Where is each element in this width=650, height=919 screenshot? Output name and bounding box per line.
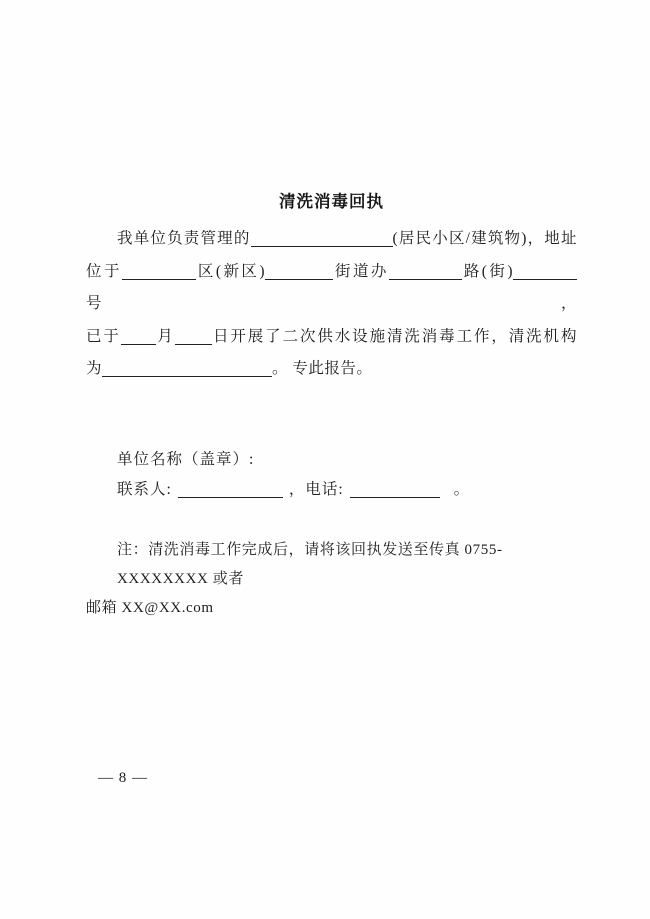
note-text-2: 邮箱 XX@XX.com xyxy=(86,600,214,616)
comma-separator: ， xyxy=(289,481,306,498)
text-run: 路(街) xyxy=(462,263,513,280)
text-run: 已于 xyxy=(86,328,121,345)
unit-name-label: 单位名称（盖章）: xyxy=(117,451,254,468)
fill-in-blank-contact-name xyxy=(178,492,283,498)
unit-name-line: 单位名称（盖章）: xyxy=(86,445,577,475)
paragraph-line-3: 已于月日开展了二次供水设施清洗消毒工作，清洗机构 xyxy=(86,321,577,354)
fill-in-blank-road xyxy=(389,274,462,280)
paragraph-line-1: 我单位负责管理的(居民小区/建筑物)，地址 xyxy=(86,223,577,256)
note-section: 注：清洗消毒工作完成后，请将该回执发送至传真 0755-XXXXXXXX 或者 … xyxy=(86,536,586,623)
text-run: 月 xyxy=(156,328,175,345)
fill-in-blank-district xyxy=(122,274,196,280)
text-run: 号， xyxy=(86,295,577,312)
fill-in-blank-day xyxy=(175,339,212,345)
note-line-2: 邮箱 XX@XX.com xyxy=(86,594,586,623)
fill-in-blank-cleaning-agency xyxy=(102,371,272,377)
body-paragraph: 我单位负责管理的(居民小区/建筑物)，地址 位于区(新区)街道办路(街)号， 已… xyxy=(86,223,577,386)
contact-line: 联系人:，电话:。 xyxy=(86,475,577,505)
page-title: 清洗消毒回执 xyxy=(86,188,577,212)
note-line-1: 注：清洗消毒工作完成后，请将该回执发送至传真 0755-XXXXXXXX 或者 xyxy=(86,536,586,594)
paragraph-line-4: 为。 专此报告。 xyxy=(86,353,577,386)
text-run: 为 xyxy=(86,360,102,377)
text-run: (居民小区/建筑物)，地址 xyxy=(393,230,577,247)
text-run: 区(新区) xyxy=(196,263,265,280)
text-run: 日开展了二次供水设施清洗消毒工作，清洗机构 xyxy=(212,328,577,345)
fill-in-blank-month xyxy=(121,339,156,345)
fill-in-blank-subdistrict xyxy=(265,274,333,280)
fill-in-blank-number xyxy=(513,274,577,280)
text-run: 。 专此报告。 xyxy=(272,360,372,377)
signature-section: 单位名称（盖章）: 联系人:，电话:。 xyxy=(86,445,577,504)
text-run: 我单位负责管理的 xyxy=(117,230,251,247)
document-page: 清洗消毒回执 我单位负责管理的(居民小区/建筑物)，地址 位于区(新区)街道办路… xyxy=(0,0,650,919)
period-mark: 。 xyxy=(454,481,471,498)
fill-in-blank-managed-property xyxy=(251,241,393,247)
fill-in-blank-phone xyxy=(350,492,440,498)
page-number: — 8 — xyxy=(98,770,148,787)
paragraph-line-2: 位于区(新区)街道办路(街)号， xyxy=(86,256,577,321)
contact-label: 联系人: xyxy=(117,481,172,498)
text-run: 位于 xyxy=(86,263,122,280)
phone-label: 电话: xyxy=(305,481,343,498)
note-text-1: 注：清洗消毒工作完成后，请将该回执发送至传真 0755-XXXXXXXX 或者 xyxy=(117,542,503,587)
text-run: 街道办 xyxy=(333,263,389,280)
